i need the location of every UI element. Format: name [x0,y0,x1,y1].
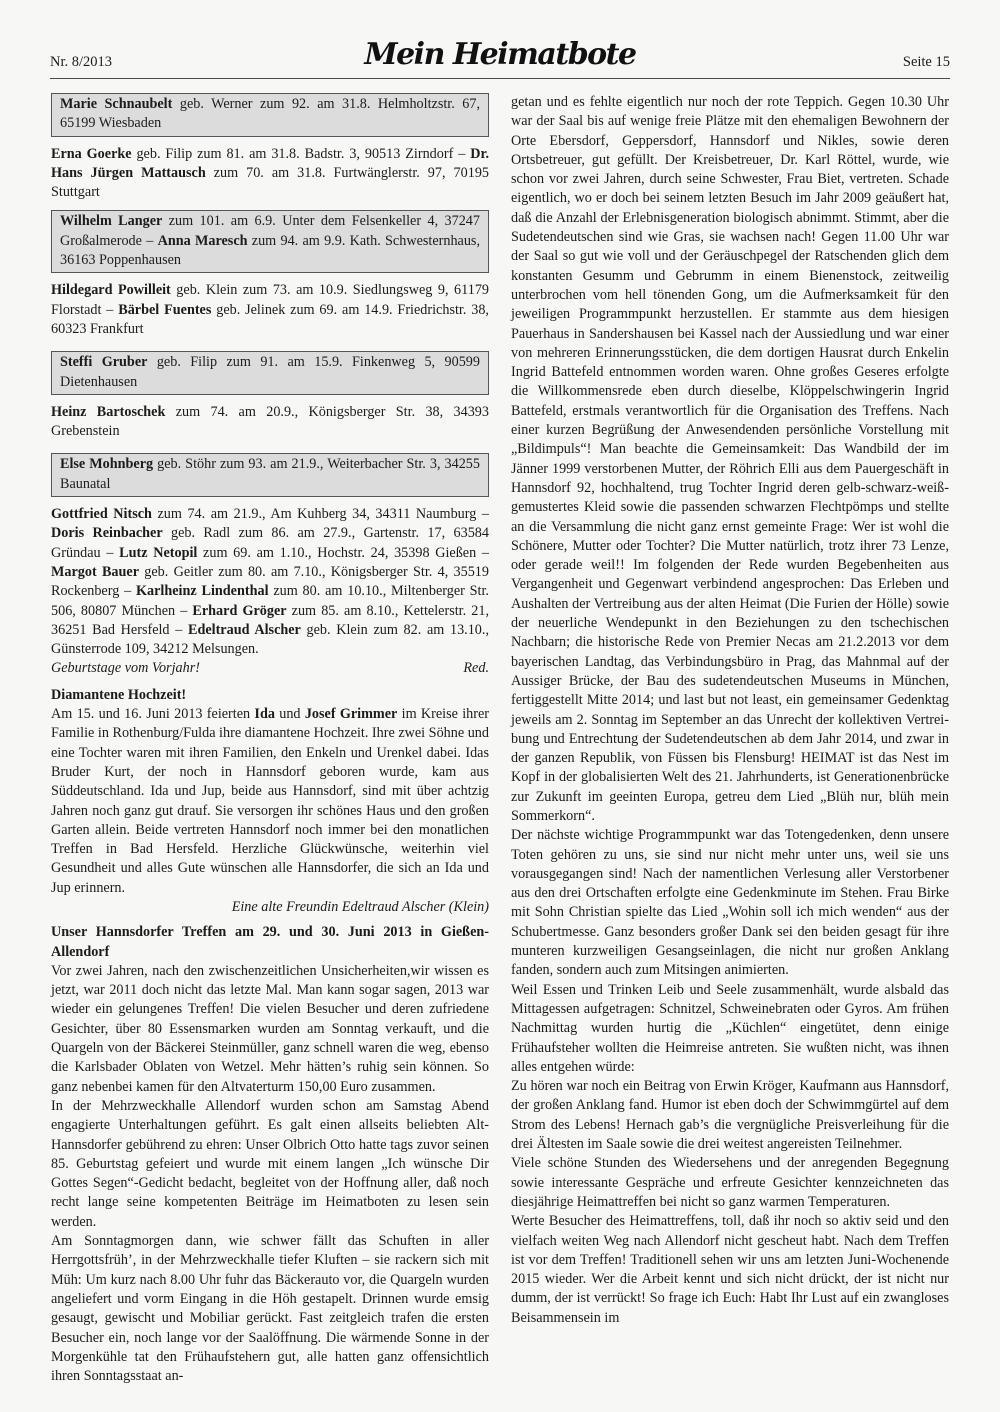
person-name: Margot Bauer [51,564,139,580]
left-column: Marie Schnaubelt geb. Werner zum 92. am … [51,93,489,1386]
issue-number: Nr. 8/2013 [50,54,112,71]
article-paragraph: Am Sonntagmorgen dann, wie schwer fällt … [51,1232,489,1386]
person-name: Edeltraud Alscher [188,622,301,638]
person-name: Heinz Bartoschek [51,404,165,420]
right-column: getan und es fehlte eigentlich nur noch … [511,93,949,1328]
birthday-note: Geburtstage vom Vorjahr! Red. [51,659,489,678]
birthday-box: Else Mohnberg geb. Stöhr zum 93. am 21.9… [51,453,489,497]
person-name: Ida [254,706,275,722]
birthday-details: zum 69. am 1.10., Hochstr. 24, 35398 Gie… [197,545,489,561]
person-name: Wilhelm Langer [60,213,162,229]
birthday-details: geb. Filip zum 81. am 31.8. Badstr. 3, 9… [132,146,471,162]
note-author: Red. [463,659,489,678]
person-name: Gottfried Nitsch [51,506,152,522]
article-paragraph: Zu hören war noch ein Beitrag von Erwin … [511,1077,949,1154]
person-name: Erhard Gröger [192,603,286,619]
person-name: Doris Reinbacher [51,525,163,541]
person-name: Marie Schnaubelt [60,96,172,112]
wedding-text: Am 15. und 16. Juni 2013 feierten Ida un… [51,705,489,898]
article-headline: Unser Hannsdorfer Treffen am 29. und 30.… [51,923,489,962]
note-text: Geburtstage vom Vorjahr! [51,659,200,678]
article-paragraph: Vor zwei Jahren, nach den zwischenzeitli… [51,962,489,1097]
wedding-signature: Eine alte Freundin Edeltraud Alscher (Kl… [51,898,489,917]
page-number: Seite 15 [903,54,950,71]
article-paragraph: Der nächste wichtige Programmpunkt war d… [511,826,949,980]
conjunction: und [275,706,305,722]
wedding-headline: Diamantene Hochzeit! [51,686,489,705]
masthead-logo: Mein Heimatbote [364,37,635,72]
article-paragraph: Weil Essen und Trinken Leib und Seele zu… [511,981,949,1077]
person-name: Else Mohnberg [60,456,153,472]
page-header: Nr. 8/2013 Mein Heimatbote Seite 15 [50,28,950,79]
birthday-box: Marie Schnaubelt geb. Werner zum 92. am … [51,93,489,137]
person-name: Lutz Netopil [119,545,197,561]
birthday-entry: Erna Goerke geb. Filip zum 81. am 31.8. … [51,145,489,203]
article-paragraph: Werte Besucher des Heimattreffens, toll,… [511,1212,949,1328]
birthday-details: zum 74. am 21.9., Am Kuhberg 34, 34311 N… [152,506,489,522]
birthday-box: Wilhelm Langer zum 101. am 6.9. Unter de… [51,210,489,273]
person-name: Bärbel Fuentes [118,302,211,318]
person-name: Josef Grimmer [305,706,398,722]
article-paragraph: getan und es fehlte eigentlich nur noch … [511,93,949,826]
birthday-entry: Hildegard Powilleit geb. Klein zum 73. a… [51,281,489,339]
wedding-body: im Kreise ihrer Familie in Rothenburg/Fu… [51,706,489,896]
birthday-entry: Heinz Bartoschek zum 74. am 20.9., König… [51,403,489,442]
person-name: Erna Goerke [51,146,132,162]
person-name: Steffi Gruber [60,354,147,370]
article-paragraph: Viele schöne Stunden des Wiedersehens un… [511,1154,949,1212]
article-paragraph: In der Mehrzweckhalle Allendorf wurden s… [51,1097,489,1232]
person-name: Anna Maresch [158,233,248,249]
person-name: Karlheinz Lindenthal [136,583,269,599]
person-name: Hildegard Powilleit [51,282,171,298]
birthday-box: Steffi Gruber geb. Filip zum 91. am 15.9… [51,351,489,395]
wedding-intro: Am 15. und 16. Juni 2013 feierten [51,706,254,722]
birthday-entry: Gottfried Nitsch zum 74. am 21.9., Am Ku… [51,505,489,659]
